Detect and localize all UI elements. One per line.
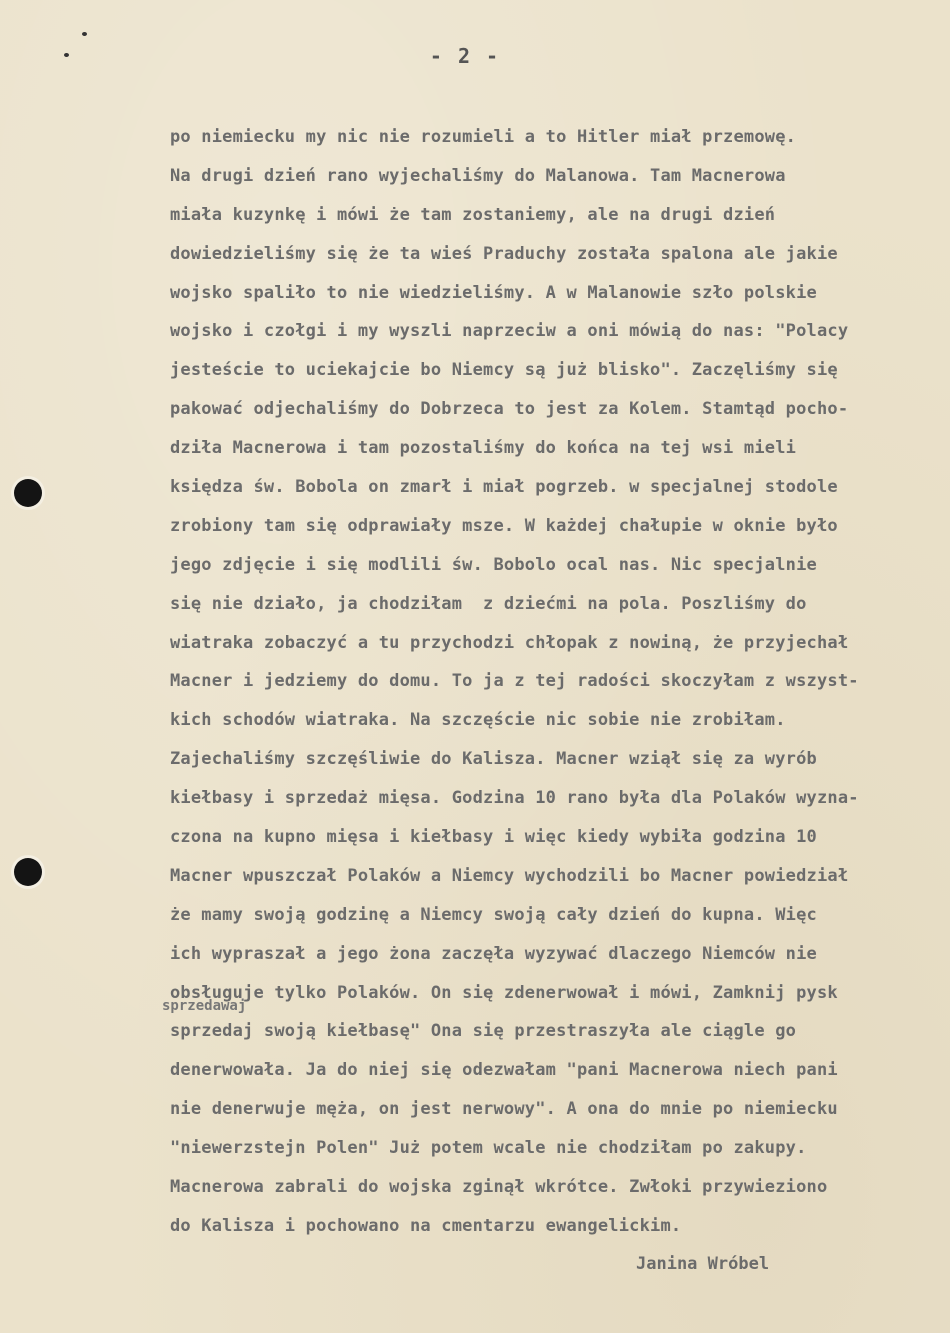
typed-body-text: po niemiecku my nic nie rozumieli a to H… (170, 118, 950, 1246)
text-line: wiatraka zobaczyć a tu przychodzi chłopa… (170, 624, 950, 663)
signature: Janina Wróbel (636, 1254, 769, 1274)
text-line: się nie działo, ja chodziłam z dziećmi n… (170, 585, 950, 624)
punch-hole (14, 858, 42, 886)
text-line: Macner wpuszczał Polaków a Niemcy wychod… (170, 857, 950, 896)
text-line: "niewerzstejn Polen" Już potem wcale nie… (170, 1129, 950, 1168)
text-line: kich schodów wiatraka. Na szczęście nic … (170, 701, 950, 740)
text-line: zrobiony tam się odprawiały msze. W każd… (170, 507, 950, 546)
document-page: - 2 - po niemiecku my nic nie rozumieli … (0, 0, 950, 1333)
text-line: czona na kupno mięsa i kiełbasy i więc k… (170, 818, 950, 857)
text-line: jego zdjęcie i się modlili św. Bobolo oc… (170, 546, 950, 585)
text-line: Macner i jedziemy do domu. To ja z tej r… (170, 662, 950, 701)
text-line: Zajechaliśmy szczęśliwie do Kalisza. Mac… (170, 740, 950, 779)
text-line: że mamy swoją godzinę a Niemcy swoją cał… (170, 896, 950, 935)
text-line: miała kuzynkę i mówi że tam zostaniemy, … (170, 196, 950, 235)
text-line: wojsko i czołgi i my wyszli naprzeciw a … (170, 312, 950, 351)
text-line: kiełbasy i sprzedaż mięsa. Godzina 10 ra… (170, 779, 950, 818)
text-line: księdza św. Bobola on zmarł i miał pogrz… (170, 468, 950, 507)
text-line: dowiedzieliśmy się że ta wieś Praduchy z… (170, 235, 950, 274)
punch-hole (14, 479, 42, 507)
text-line: Na drugi dzień rano wyjechaliśmy do Mala… (170, 157, 950, 196)
text-line: do Kalisza i pochowano na cmentarzu ewan… (170, 1207, 950, 1246)
text-line: sprzedaj swoją kiełbasę" Ona się przestr… (170, 1012, 950, 1051)
text-line: jesteście to uciekajcie bo Niemcy są już… (170, 351, 950, 390)
text-line: wojsko spaliło to nie wiedzieliśmy. A w … (170, 274, 950, 313)
page-number: - 2 - (0, 44, 930, 68)
ink-speck (82, 32, 87, 36)
text-line: dziła Macnerowa i tam pozostaliśmy do ko… (170, 429, 950, 468)
text-line: pakować odjechaliśmy do Dobrzeca to jest… (170, 390, 950, 429)
text-line: Macnerowa zabrali do wojska zginął wkrót… (170, 1168, 950, 1207)
text-line: nie denerwuje męża, on jest nerwowy". A … (170, 1090, 950, 1129)
text-line: po niemiecku my nic nie rozumieli a to H… (170, 118, 950, 157)
text-line: obsługuje tylko Polaków. On się zdenerwo… (170, 974, 950, 1013)
handwritten-correction: sprzedawaj (162, 998, 246, 1014)
text-line: ich wypraszał a jego żona zaczęła wyzywa… (170, 935, 950, 974)
text-line: denerwowała. Ja do niej się odezwałam "p… (170, 1051, 950, 1090)
